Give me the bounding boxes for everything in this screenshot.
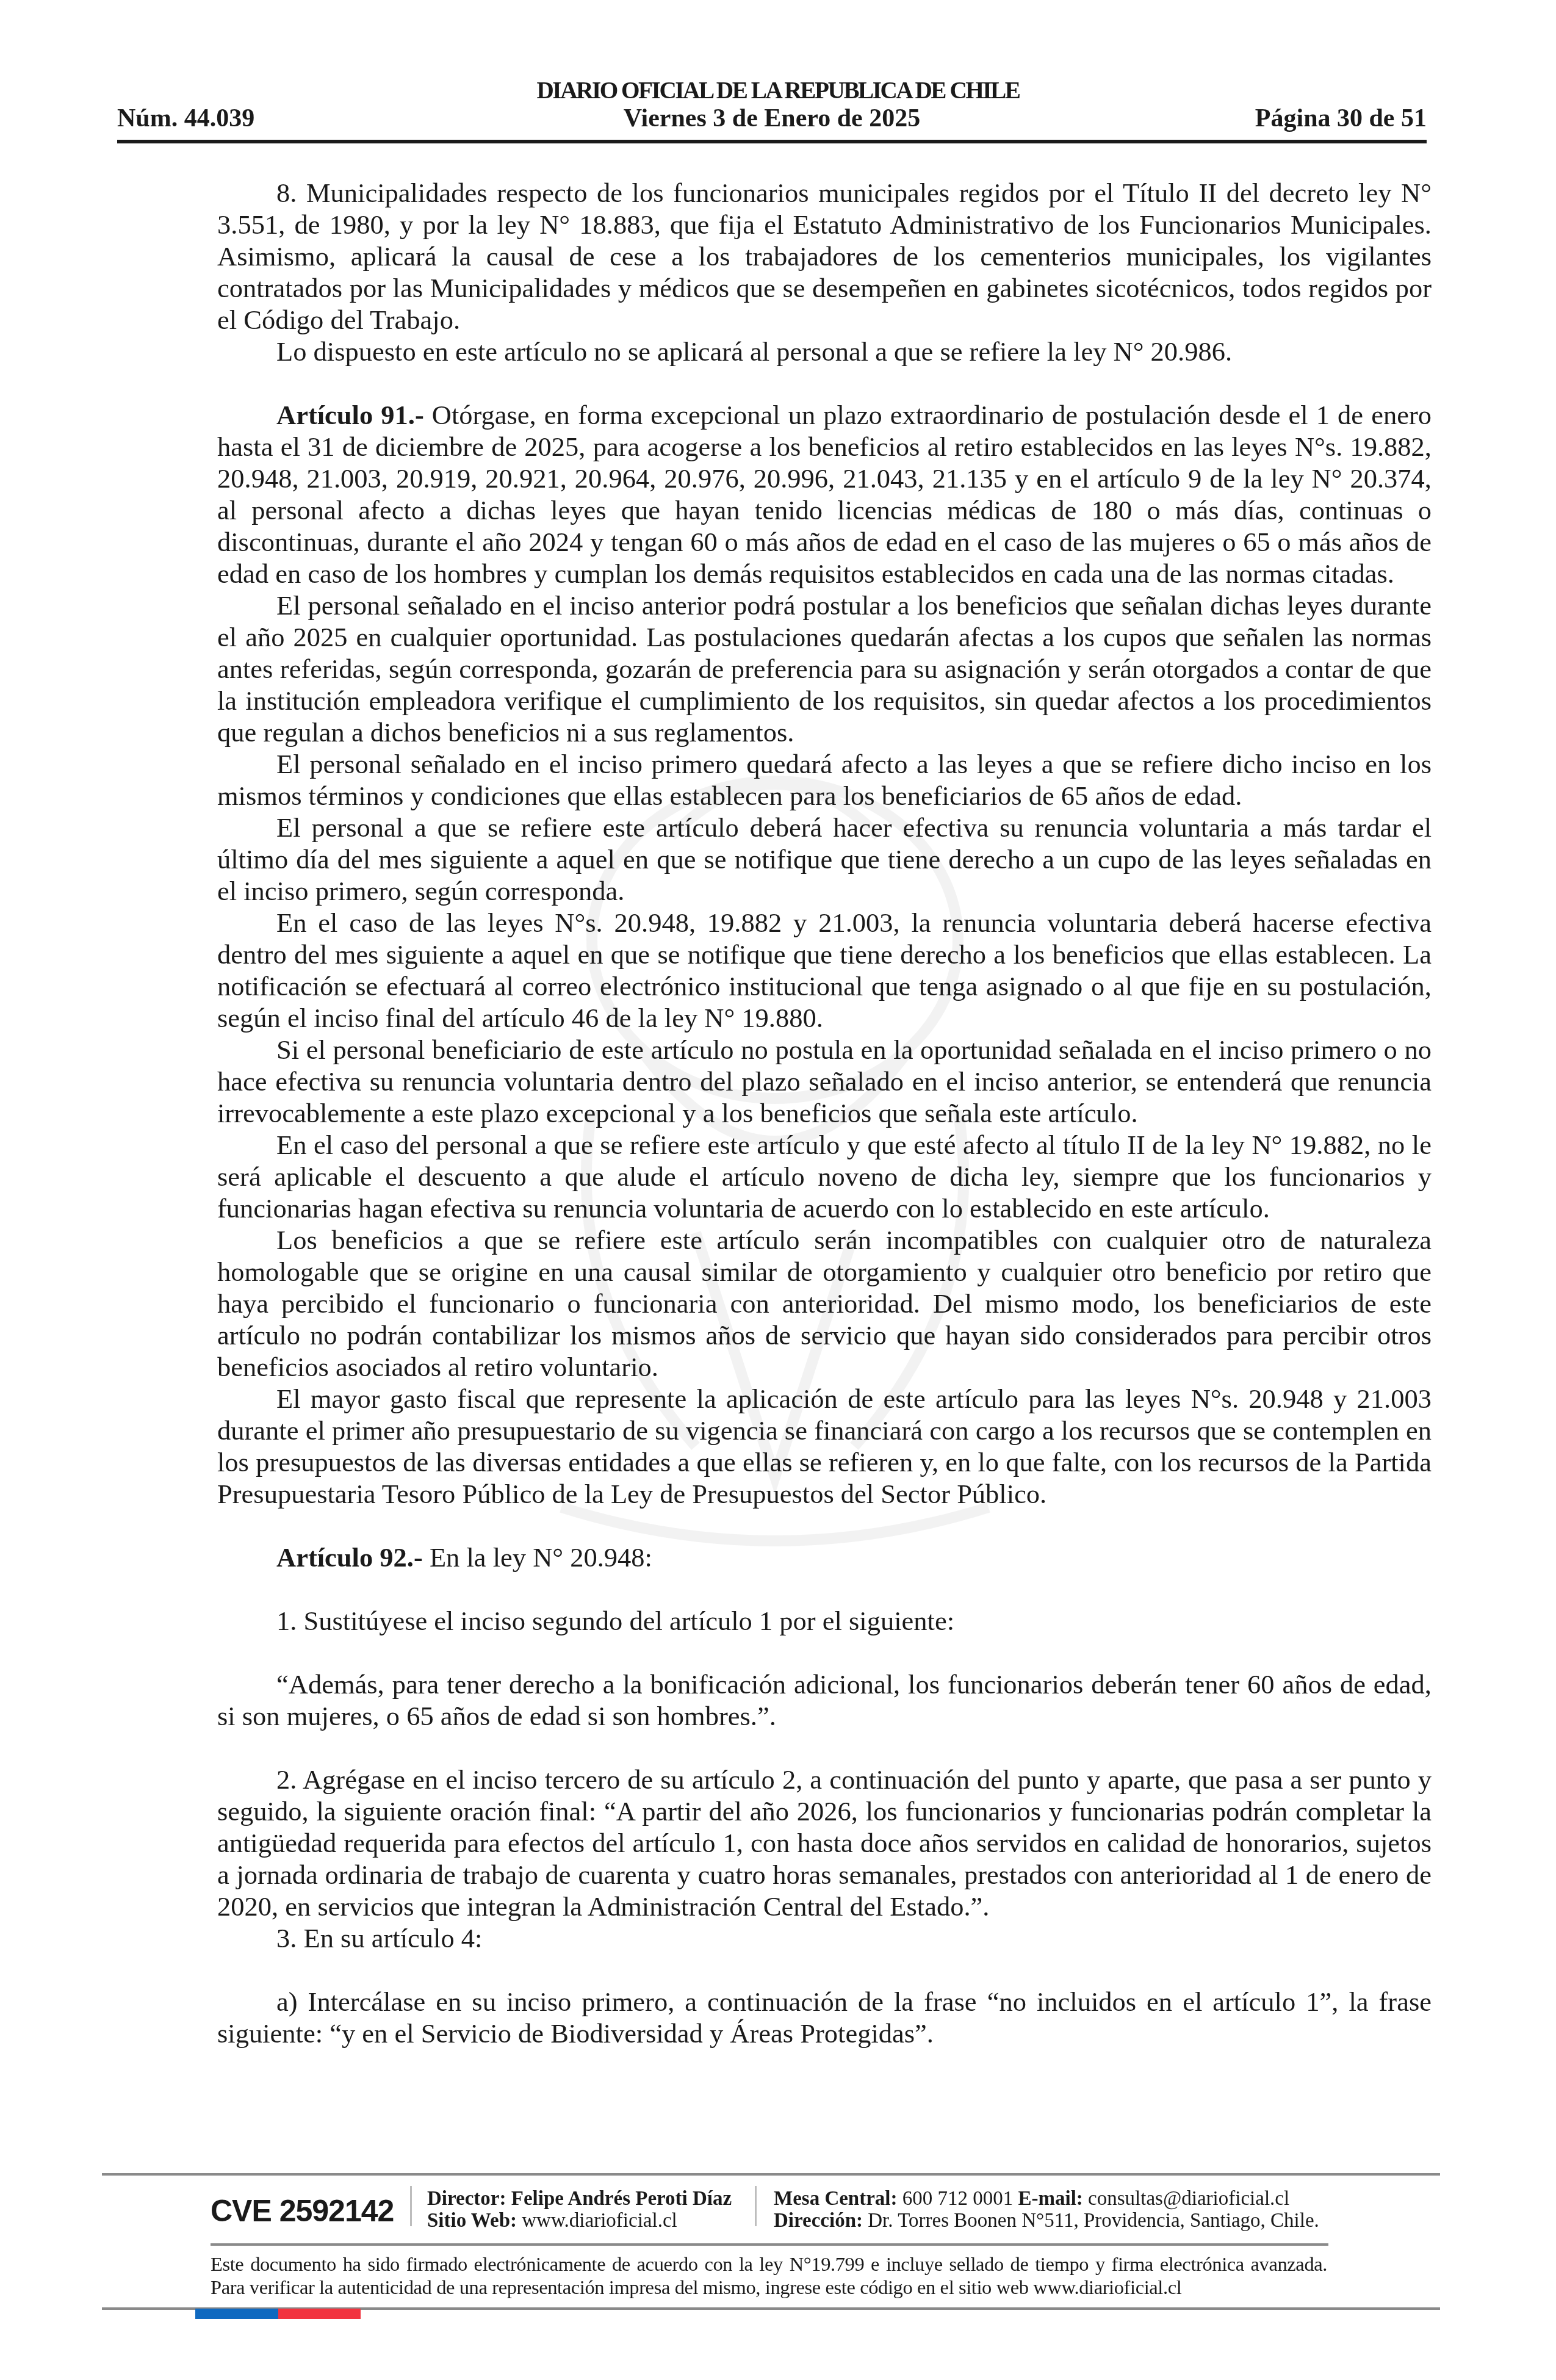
article-91-para-incompatibles: Los beneficios a que se refiere este art… [217, 1224, 1432, 1383]
spacer [217, 1732, 1432, 1764]
header-row: Núm. 44.039 Viernes 3 de Enero de 2025 P… [117, 103, 1427, 134]
phone-label: Mesa Central: [774, 2188, 898, 2210]
director-label: Director: [427, 2188, 506, 2210]
article-92-item-1: 1. Sustitúyese el inciso segundo del art… [217, 1605, 1432, 1637]
article-92-intro: Artículo 92.- En la ley N° 20.948: [217, 1542, 1432, 1573]
article-91-para-renuncia: El personal a que se refiere este artícu… [217, 812, 1432, 907]
email-link[interactable]: consultas@diarioficial.cl [1083, 2188, 1289, 2210]
article-91-para-leyes: En el caso de las leyes N°s. 20.948, 19.… [217, 907, 1432, 1034]
spacer [217, 1573, 1432, 1605]
footer-contact-block: Mesa Central: 600 712 0001 E-mail: consu… [774, 2188, 1319, 2232]
paragraph-municipalidades: 8. Municipalidades respecto de los funci… [217, 177, 1432, 336]
spacer [217, 1637, 1432, 1668]
footer-divider-top [102, 2173, 1440, 2176]
issue-date: Viernes 3 de Enero de 2025 [117, 103, 1427, 134]
spacer [217, 1510, 1432, 1542]
page-number: Página 30 de 51 [1255, 103, 1427, 134]
cve-code: CVE 2592142 [211, 2193, 394, 2229]
website-label: Sitio Web: [427, 2210, 517, 2232]
paragraph-excepcion: Lo dispuesto en este artículo no se apli… [217, 336, 1432, 367]
footer-director-block: Director: Felipe Andrés Peroti Díaz Siti… [427, 2188, 732, 2232]
address-value: Dr. Torres Boonen N°511, Providencia, Sa… [863, 2210, 1319, 2232]
article-92-item-3: 3. En su artículo 4: [217, 1922, 1432, 1954]
article-91-intro: Artículo 91.- Otórgase, en forma excepci… [217, 399, 1432, 590]
article-92-label: Artículo 92.- [276, 1542, 423, 1573]
spacer [217, 1954, 1432, 1986]
footer-divider-middle [211, 2243, 1328, 2246]
publication-title: DIARIO OFICIAL DE LA REPUBLICA DE CHILE [16, 76, 1541, 105]
website-link[interactable]: www.diarioficial.cl [517, 2210, 677, 2232]
article-92-item-1-quote: “Además, para tener derecho a la bonific… [217, 1668, 1432, 1732]
flag-stripe-red [278, 2309, 361, 2319]
phone-value: 600 712 0001 [898, 2188, 1018, 2210]
article-91-para-no-postula: Si el personal beneficiario de este artí… [217, 1034, 1432, 1129]
spacer [217, 367, 1432, 399]
footer-separator [755, 2186, 757, 2226]
document-body: 8. Municipalidades respecto de los funci… [217, 177, 1432, 2049]
article-91-para-postulacion: El personal señalado en el inciso anteri… [217, 590, 1432, 748]
director-value: Felipe Andrés Peroti Díaz [506, 2188, 732, 2210]
article-91-para-afecto: El personal señalado en el inciso primer… [217, 748, 1432, 812]
article-92-item-3a: a) Intercálase en su inciso primero, a c… [217, 1986, 1432, 2049]
flag-stripe-blue [195, 2309, 278, 2319]
article-91-label: Artículo 91.- [276, 400, 424, 430]
footer-separator [410, 2186, 412, 2226]
article-91-para-gasto-fiscal: El mayor gasto fiscal que represente la … [217, 1383, 1432, 1510]
email-label: E-mail: [1018, 2188, 1083, 2210]
electronic-signature-note: Este documento ha sido firmado electróni… [211, 2253, 1327, 2299]
header-divider [117, 140, 1427, 143]
article-92-item-2: 2. Agrégase en el inciso tercero de su a… [217, 1764, 1432, 1922]
article-91-para-descuento: En el caso del personal a que se refiere… [217, 1129, 1432, 1224]
article-92-text: En la ley N° 20.948: [423, 1542, 652, 1573]
address-label: Dirección: [774, 2210, 863, 2232]
